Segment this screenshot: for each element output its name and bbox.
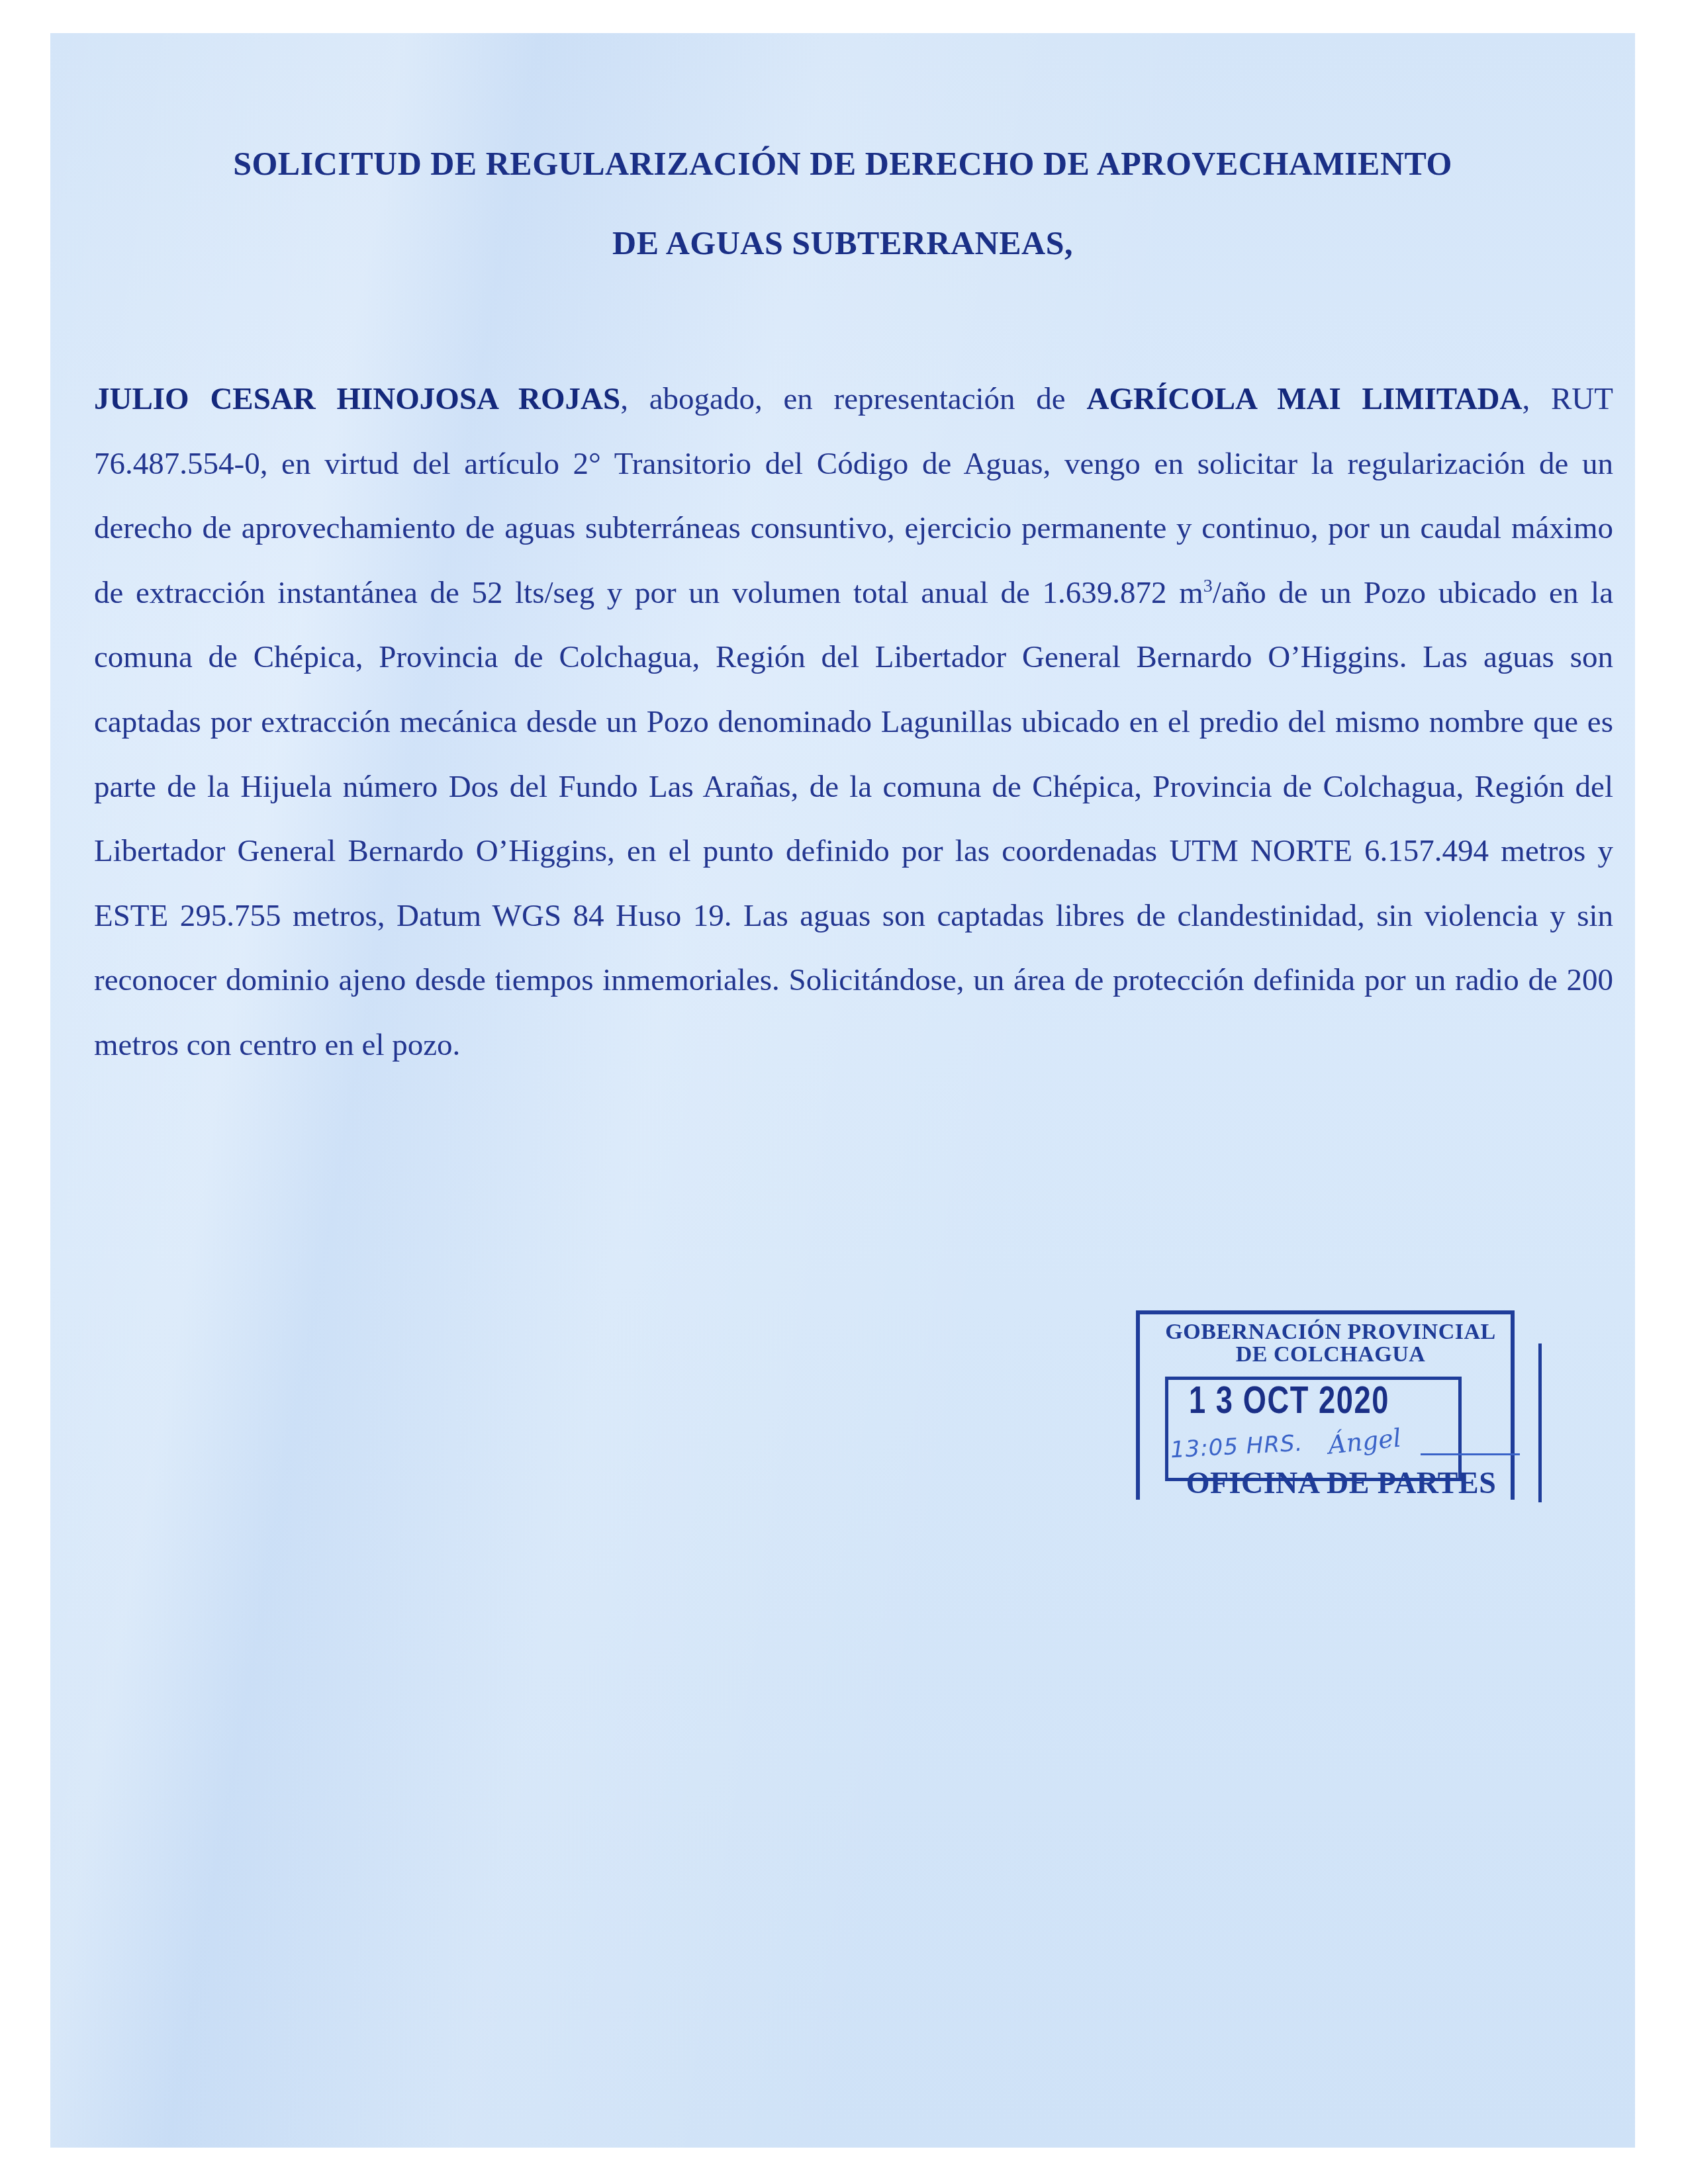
stamp-header: GOBERNACIÓN PROVINCIAL DE COLCHAGUA — [1145, 1321, 1516, 1366]
signature-stroke — [1421, 1453, 1520, 1455]
stamp-footer: OFICINA DE PARTES — [1149, 1465, 1533, 1500]
body-text-3: /año de un Pozo ubicado en la comuna de … — [94, 576, 1613, 1062]
company-name: AGRÍCOLA MAI LIMITADA — [1086, 382, 1522, 416]
reception-stamp: GOBERNACIÓN PROVINCIAL DE COLCHAGUA 1 3 … — [1136, 1304, 1526, 1502]
document-title-line-1: SOLICITUD DE REGULARIZACIÓN DE DERECHO D… — [50, 144, 1635, 183]
document-body-paragraph: JULIO CESAR HINOJOSA ROJAS, abogado, en … — [94, 367, 1613, 1078]
document-page: SOLICITUD DE REGULARIZACIÓN DE DERECHO D… — [50, 33, 1635, 2148]
document-title-line-2: DE AGUAS SUBTERRANEAS, — [50, 224, 1635, 262]
body-text-1: , abogado, en representación de — [620, 382, 1086, 416]
applicant-name: JULIO CESAR HINOJOSA ROJAS — [94, 382, 620, 416]
stamp-right-edge — [1538, 1343, 1542, 1502]
stamp-date: 1 3 OCT 2020 — [1189, 1378, 1389, 1422]
stamp-header-line-1: GOBERNACIÓN PROVINCIAL — [1145, 1321, 1516, 1343]
stamp-header-line-2: DE COLCHAGUA — [1145, 1343, 1516, 1366]
cubic-superscript: 3 — [1203, 576, 1213, 596]
